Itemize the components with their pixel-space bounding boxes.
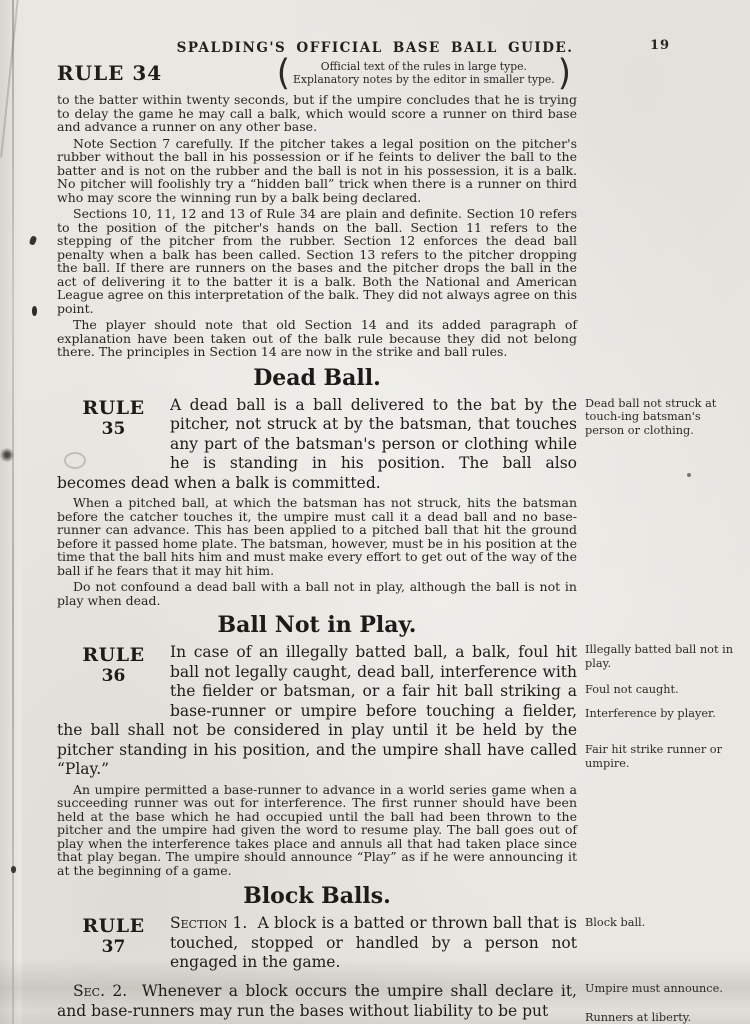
rule36-note-1: An umpire permitted a base-runner to adv… (57, 783, 577, 878)
rule-number: 36 (57, 666, 170, 686)
editor-note-line2: Explanatory notes by the editor in small… (293, 73, 555, 86)
rule-number: 35 (57, 419, 170, 439)
rule35-block: RULE 35 A dead ball is a ball delivered … (57, 396, 577, 494)
rule37-sec2-block: Sec. 2. Whenever a block occurs the umpi… (57, 982, 577, 1021)
rule34-paragraph-4: The player should note that old Section … (57, 318, 577, 359)
rule37-section2: Sec. 2. Whenever a block occurs the umpi… (57, 982, 577, 1021)
ink-speck (32, 306, 37, 316)
ink-speck (687, 473, 691, 477)
rule-number: 37 (57, 937, 170, 957)
margin-note-umpire-announce: Umpire must announce. (585, 982, 735, 996)
ink-speck (29, 235, 38, 246)
margin-note-illegally-batted: Illegally batted ball not in play. (585, 643, 735, 670)
section-heading-dead-ball: Dead Ball. (57, 366, 577, 390)
rule37-block: RULE 37 Section 1. A block is a batted o… (57, 914, 577, 978)
open-paren-glyph: ( (277, 57, 290, 89)
rule35-note-2: Do not confound a dead ball with a ball … (57, 580, 577, 607)
margin-note-fair-hit: Fair hit strike runner or umpire. (585, 743, 735, 770)
margin-note-dead-ball: Dead ball not struck at touch-ing batsma… (585, 397, 735, 438)
rule-word: RULE (57, 915, 170, 937)
ink-speck (11, 866, 16, 873)
page-number: 19 (650, 38, 670, 53)
margin-note-interference: Interference by player. (585, 707, 735, 721)
rule35-number-label: RULE 35 (57, 396, 170, 460)
rule34-paragraph-3: Sections 10, 11, 12 and 13 of Rule 34 ar… (57, 207, 577, 315)
margin-note-block-ball: Block ball. (585, 916, 735, 930)
editor-note-text: Official text of the rules in large type… (290, 60, 558, 86)
section2-label: Sec. 2. (73, 982, 127, 1000)
scanned-page: SPALDING'S OFFICIAL BASE BALL GUIDE. 19 … (0, 0, 750, 1024)
section-heading-block-balls: Block Balls. (57, 884, 577, 908)
editor-note-line1: Official text of the rules in large type… (321, 60, 527, 73)
margin-note-foul-not-caught: Foul not caught. (585, 683, 735, 697)
close-paren-glyph: ) (558, 57, 571, 89)
rule34-label: RULE 34 (57, 61, 162, 85)
rule35-note-1: When a pitched ball, at which the batsma… (57, 496, 577, 577)
rule34-paragraph-1: to the batter within twenty seconds, but… (57, 93, 577, 134)
ink-smudge (0, 448, 14, 462)
rule36-block: RULE 36 In case of an illegally batted b… (57, 643, 577, 780)
editor-note-parenthetical: ( Official text of the rules in large ty… (277, 58, 571, 88)
rule37-number-label: RULE 37 (57, 914, 170, 978)
rule34-paragraph-2: Note Section 7 carefully. If the pitcher… (57, 137, 577, 205)
rule-word: RULE (57, 397, 170, 419)
rule36-number-label: RULE 36 (57, 643, 170, 707)
section-heading-ball-not-in-play: Ball Not in Play. (57, 613, 577, 637)
section2-body: Whenever a block occurs the umpire shall… (57, 982, 577, 1020)
margin-note-runners-at-liberty: Runners at liberty. (585, 1011, 735, 1024)
main-text-column: RULE 34 ( Official text of the rules in … (57, 0, 577, 1021)
rule34-header-row: RULE 34 ( Official text of the rules in … (57, 58, 577, 88)
section1-label: Section 1. (170, 914, 247, 932)
rule-word: RULE (57, 644, 170, 666)
